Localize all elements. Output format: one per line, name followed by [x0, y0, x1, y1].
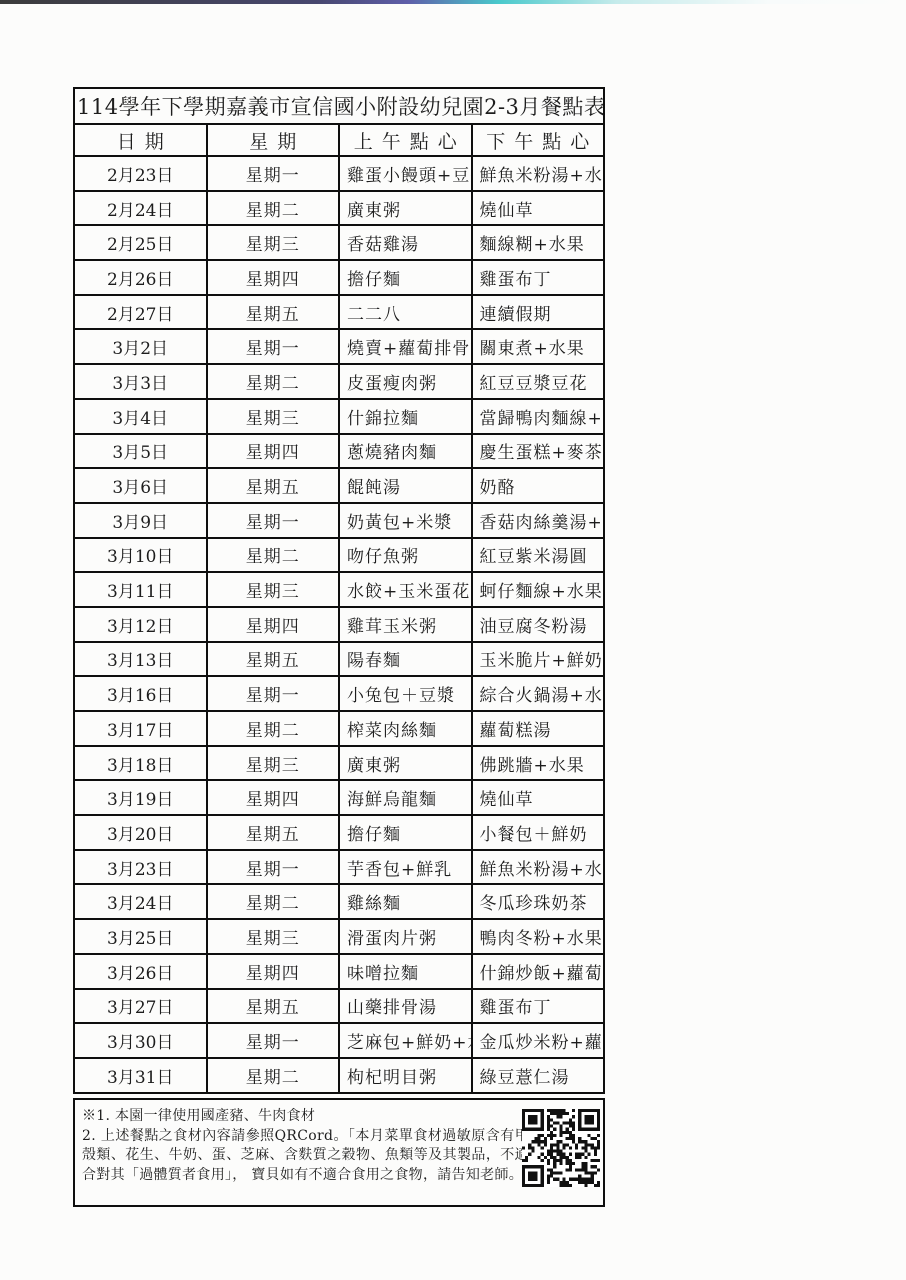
cell-weekday: 星期一 — [207, 503, 340, 538]
scanned-menu-page: 114學年下學期嘉義市宣信國小附設幼兒園2-3月餐點表 日期 星期 上午點心 下… — [0, 0, 906, 1280]
cell-afternoon-snack: 綠豆薏仁湯 — [472, 1058, 605, 1093]
cell-morning-snack: 味噌拉麵 — [339, 954, 472, 989]
cell-morning-snack: 海鮮烏龍麵 — [339, 780, 472, 815]
cell-afternoon-snack: 雞蛋布丁 — [472, 989, 605, 1024]
cell-morning-snack: 山藥排骨湯 — [339, 989, 472, 1024]
table-row: 3月10日 星期二 吻仔魚粥 紅豆紫米湯圓 — [74, 538, 604, 573]
table-row: 2月26日 星期四 擔仔麵 雞蛋布丁 — [74, 260, 604, 295]
table-row: 2月24日 星期二 廣東粥 燒仙草 — [74, 191, 604, 226]
cell-morning-snack: 燒賣+蘿蔔排骨湯 — [339, 329, 472, 364]
cell-afternoon-snack: 紅豆紫米湯圓 — [472, 538, 605, 573]
cell-afternoon-snack: 蚵仔麵線+水果 — [472, 572, 605, 607]
cell-morning-snack: 雞絲麵 — [339, 884, 472, 919]
cell-weekday: 星期二 — [207, 538, 340, 573]
table-row: 3月25日 星期三 滑蛋肉片粥 鴨肉冬粉+水果 — [74, 919, 604, 954]
notes-text: ※1. 本園一律使用國產豬、牛肉食材 2. 上述餐點之食材內容請參照QRCord… — [82, 1107, 529, 1185]
table-row: 3月3日 星期二 皮蛋瘦肉粥 紅豆豆漿豆花 — [74, 364, 604, 399]
cell-afternoon-snack: 鴨肉冬粉+水果 — [472, 919, 605, 954]
cell-date: 2月24日 — [74, 191, 207, 226]
cell-morning-snack: 水餃+玉米蛋花湯 — [339, 572, 472, 607]
cell-date: 2月23日 — [74, 156, 207, 191]
table-row: 3月4日 星期三 什錦拉麵 當歸鴨肉麵線+水果 — [74, 399, 604, 434]
cell-morning-snack: 陽春麵 — [339, 642, 472, 677]
cell-date: 3月10日 — [74, 538, 207, 573]
cell-date: 3月5日 — [74, 434, 207, 469]
cell-afternoon-snack: 紅豆豆漿豆花 — [472, 364, 605, 399]
table-row: 3月13日 星期五 陽春麵 玉米脆片+鮮奶 — [74, 642, 604, 677]
cell-date: 3月20日 — [74, 815, 207, 850]
cell-afternoon-snack: 關東煮+水果 — [472, 329, 605, 364]
cell-date: 3月27日 — [74, 989, 207, 1024]
cell-morning-snack: 餛飩湯 — [339, 468, 472, 503]
note-line-1: ※1. 本園一律使用國產豬、牛肉食材 — [82, 1107, 529, 1127]
cell-weekday: 星期一 — [207, 1023, 340, 1058]
table-row: 3月27日 星期五 山藥排骨湯 雞蛋布丁 — [74, 989, 604, 1024]
cell-morning-snack: 榨菜肉絲麵 — [339, 711, 472, 746]
cell-afternoon-snack: 鮮魚米粉湯+水果 — [472, 850, 605, 885]
cell-weekday: 星期三 — [207, 399, 340, 434]
table-row: 3月5日 星期四 蔥燒豬肉麵 慶生蛋糕+麥茶 — [74, 434, 604, 469]
table-row: 3月9日 星期一 奶黃包+米漿 香菇肉絲羹湯+水果 — [74, 503, 604, 538]
cell-date: 3月13日 — [74, 642, 207, 677]
cell-weekday: 星期二 — [207, 884, 340, 919]
cell-weekday: 星期一 — [207, 676, 340, 711]
cell-afternoon-snack: 香菇肉絲羹湯+水果 — [472, 503, 605, 538]
cell-date: 3月25日 — [74, 919, 207, 954]
cell-weekday: 星期四 — [207, 434, 340, 469]
cell-date: 3月3日 — [74, 364, 207, 399]
cell-date: 3月17日 — [74, 711, 207, 746]
menu-table-body: 2月23日 星期一 雞蛋小饅頭+豆漿 鮮魚米粉湯+水果 2月24日 星期二 廣東… — [74, 156, 604, 1093]
cell-morning-snack: 小兔包＋豆漿 — [339, 676, 472, 711]
menu-table-head: 114學年下學期嘉義市宣信國小附設幼兒園2-3月餐點表 日期 星期 上午點心 下… — [74, 88, 604, 156]
cell-afternoon-snack: 奶酪 — [472, 468, 605, 503]
cell-date: 2月27日 — [74, 295, 207, 330]
cell-morning-snack: 擔仔麵 — [339, 815, 472, 850]
cell-morning-snack: 芝麻包+鮮奶+水果 — [339, 1023, 472, 1058]
cell-weekday: 星期五 — [207, 468, 340, 503]
cell-afternoon-snack: 慶生蛋糕+麥茶 — [472, 434, 605, 469]
column-header-date: 日期 — [74, 124, 207, 156]
table-row: 3月6日 星期五 餛飩湯 奶酪 — [74, 468, 604, 503]
cell-morning-snack: 雞茸玉米粥 — [339, 607, 472, 642]
header-row: 日期 星期 上午點心 下午點心 — [74, 124, 604, 156]
table-row: 3月30日 星期一 芝麻包+鮮奶+水果 金瓜炒米粉+蘿蔔排骨湯 — [74, 1023, 604, 1058]
column-header-weekday: 星期 — [207, 124, 340, 156]
cell-morning-snack: 廣東粥 — [339, 746, 472, 781]
cell-weekday: 星期三 — [207, 919, 340, 954]
cell-morning-snack: 奶黃包+米漿 — [339, 503, 472, 538]
page-title: 114學年下學期嘉義市宣信國小附設幼兒園2-3月餐點表 — [74, 88, 604, 124]
title-row: 114學年下學期嘉義市宣信國小附設幼兒園2-3月餐點表 — [74, 88, 604, 124]
cell-date: 3月24日 — [74, 884, 207, 919]
cell-weekday: 星期三 — [207, 225, 340, 260]
qr-code-icon — [522, 1109, 600, 1187]
cell-date: 3月19日 — [74, 780, 207, 815]
cell-date: 3月2日 — [74, 329, 207, 364]
table-row: 3月16日 星期一 小兔包＋豆漿 綜合火鍋湯+水果 — [74, 676, 604, 711]
cell-weekday: 星期二 — [207, 191, 340, 226]
column-header-afternoon-snack: 下午點心 — [472, 124, 605, 156]
cell-weekday: 星期二 — [207, 1058, 340, 1093]
cell-weekday: 星期五 — [207, 815, 340, 850]
table-row: 3月20日 星期五 擔仔麵 小餐包＋鮮奶 — [74, 815, 604, 850]
cell-date: 3月26日 — [74, 954, 207, 989]
table-row: 2月25日 星期三 香菇雞湯 麵線糊+水果 — [74, 225, 604, 260]
cell-morning-snack: 香菇雞湯 — [339, 225, 472, 260]
cell-date: 3月30日 — [74, 1023, 207, 1058]
table-row: 3月23日 星期一 芋香包+鮮乳 鮮魚米粉湯+水果 — [74, 850, 604, 885]
cell-weekday: 星期五 — [207, 989, 340, 1024]
cell-weekday: 星期一 — [207, 156, 340, 191]
cell-afternoon-snack: 鮮魚米粉湯+水果 — [472, 156, 605, 191]
cell-morning-snack: 枸杞明目粥 — [339, 1058, 472, 1093]
cell-afternoon-snack: 冬瓜珍珠奶茶 — [472, 884, 605, 919]
cell-afternoon-snack: 綜合火鍋湯+水果 — [472, 676, 605, 711]
cell-afternoon-snack: 燒仙草 — [472, 191, 605, 226]
cell-weekday: 星期四 — [207, 954, 340, 989]
cell-weekday: 星期五 — [207, 642, 340, 677]
cell-afternoon-snack: 當歸鴨肉麵線+水果 — [472, 399, 605, 434]
cell-date: 2月26日 — [74, 260, 207, 295]
cell-weekday: 星期三 — [207, 572, 340, 607]
cell-afternoon-snack: 佛跳牆+水果 — [472, 746, 605, 781]
table-row: 3月24日 星期二 雞絲麵 冬瓜珍珠奶茶 — [74, 884, 604, 919]
cell-morning-snack: 雞蛋小饅頭+豆漿 — [339, 156, 472, 191]
cell-weekday: 星期二 — [207, 364, 340, 399]
cell-weekday: 星期四 — [207, 607, 340, 642]
cell-date: 3月4日 — [74, 399, 207, 434]
cell-afternoon-snack: 油豆腐冬粉湯 — [472, 607, 605, 642]
cell-afternoon-snack: 金瓜炒米粉+蘿蔔排骨湯 — [472, 1023, 605, 1058]
cell-date: 3月18日 — [74, 746, 207, 781]
table-row: 2月27日 星期五 二二八 連續假期 — [74, 295, 604, 330]
cell-afternoon-snack: 蘿蔔糕湯 — [472, 711, 605, 746]
table-row: 3月17日 星期二 榨菜肉絲麵 蘿蔔糕湯 — [74, 711, 604, 746]
table-row: 3月26日 星期四 味噌拉麵 什錦炒飯+蘿蔔湯 — [74, 954, 604, 989]
table-row: 2月23日 星期一 雞蛋小饅頭+豆漿 鮮魚米粉湯+水果 — [74, 156, 604, 191]
cell-date: 3月16日 — [74, 676, 207, 711]
cell-morning-snack: 什錦拉麵 — [339, 399, 472, 434]
menu-table: 114學年下學期嘉義市宣信國小附設幼兒園2-3月餐點表 日期 星期 上午點心 下… — [73, 87, 605, 1094]
cell-weekday: 星期五 — [207, 295, 340, 330]
table-row: 3月31日 星期二 枸杞明目粥 綠豆薏仁湯 — [74, 1058, 604, 1093]
cell-date: 3月31日 — [74, 1058, 207, 1093]
table-row: 3月18日 星期三 廣東粥 佛跳牆+水果 — [74, 746, 604, 781]
cell-morning-snack: 滑蛋肉片粥 — [339, 919, 472, 954]
cell-date: 3月23日 — [74, 850, 207, 885]
cell-morning-snack: 廣東粥 — [339, 191, 472, 226]
cell-date: 2月25日 — [74, 225, 207, 260]
note-line-2: 2. 上述餐點之食材內容請參照QRCord。「本月菜單食材過敏原含有甲殼類、花生… — [82, 1127, 529, 1186]
cell-weekday: 星期三 — [207, 746, 340, 781]
cell-date: 3月6日 — [74, 468, 207, 503]
cell-weekday: 星期四 — [207, 780, 340, 815]
table-row: 3月11日 星期三 水餃+玉米蛋花湯 蚵仔麵線+水果 — [74, 572, 604, 607]
column-header-morning-snack: 上午點心 — [339, 124, 472, 156]
cell-morning-snack: 蔥燒豬肉麵 — [339, 434, 472, 469]
cell-afternoon-snack: 小餐包＋鮮奶 — [472, 815, 605, 850]
table-row: 3月12日 星期四 雞茸玉米粥 油豆腐冬粉湯 — [74, 607, 604, 642]
cell-morning-snack: 二二八 — [339, 295, 472, 330]
cell-afternoon-snack: 玉米脆片+鮮奶 — [472, 642, 605, 677]
cell-morning-snack: 擔仔麵 — [339, 260, 472, 295]
cell-afternoon-snack: 燒仙草 — [472, 780, 605, 815]
scan-artifact-top-edge — [0, 0, 906, 4]
cell-afternoon-snack: 什錦炒飯+蘿蔔湯 — [472, 954, 605, 989]
cell-afternoon-snack: 連續假期 — [472, 295, 605, 330]
cell-weekday: 星期一 — [207, 850, 340, 885]
cell-weekday: 星期一 — [207, 329, 340, 364]
cell-afternoon-snack: 麵線糊+水果 — [472, 225, 605, 260]
cell-weekday: 星期四 — [207, 260, 340, 295]
cell-afternoon-snack: 雞蛋布丁 — [472, 260, 605, 295]
cell-date: 3月12日 — [74, 607, 207, 642]
cell-date: 3月11日 — [74, 572, 207, 607]
cell-weekday: 星期二 — [207, 711, 340, 746]
cell-morning-snack: 皮蛋瘦肉粥 — [339, 364, 472, 399]
notes-box: ※1. 本園一律使用國產豬、牛肉食材 2. 上述餐點之食材內容請參照QRCord… — [73, 1098, 605, 1207]
table-row: 3月19日 星期四 海鮮烏龍麵 燒仙草 — [74, 780, 604, 815]
cell-date: 3月9日 — [74, 503, 207, 538]
cell-morning-snack: 芋香包+鮮乳 — [339, 850, 472, 885]
table-row: 3月2日 星期一 燒賣+蘿蔔排骨湯 關東煮+水果 — [74, 329, 604, 364]
cell-morning-snack: 吻仔魚粥 — [339, 538, 472, 573]
